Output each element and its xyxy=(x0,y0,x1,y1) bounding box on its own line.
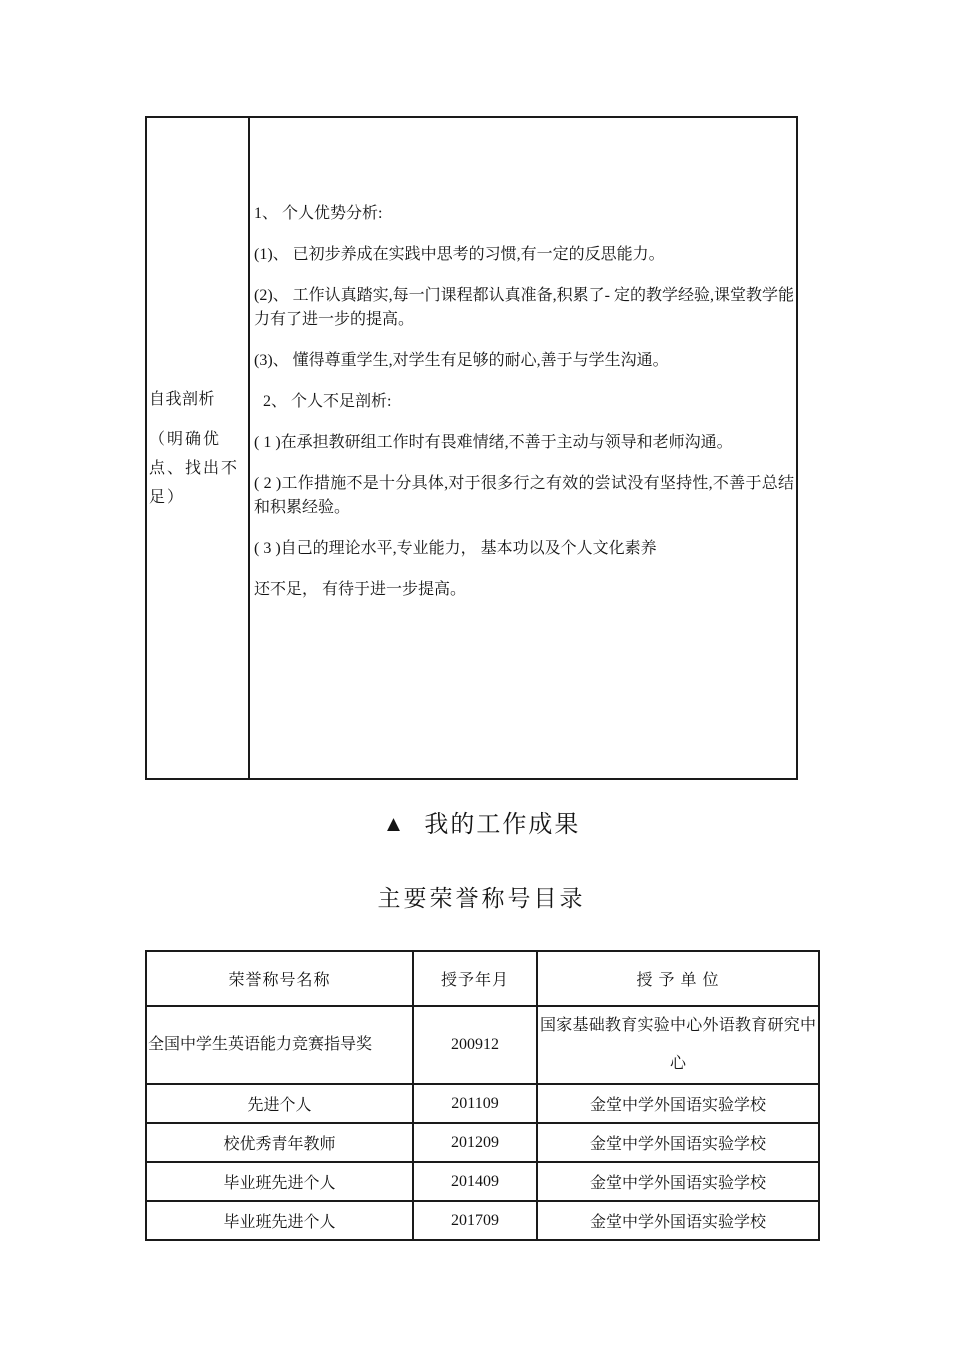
paragraph-weakness-3-cont: 还不足， 有待于进一步提高。 xyxy=(254,578,794,602)
paragraph-weakness-3: ( 3 )自己的理论水平,专业能力， 基本功以及个人文化素养 xyxy=(254,537,794,561)
triangle-icon: ▲ xyxy=(383,806,405,842)
honors-table: 荣誉称号名称 授予年月 授 予 单 位 全国中学生英语能力竞赛指导奖 20091… xyxy=(145,950,820,1241)
honors-header-row: 荣誉称号名称 授予年月 授 予 单 位 xyxy=(146,951,819,1006)
honor-name: 毕业班先进个人 xyxy=(146,1201,413,1240)
honors-subheading: 主要荣誉称号目录 xyxy=(145,882,818,916)
award-date: 201709 xyxy=(413,1201,537,1240)
self-analysis-label-cell: 自我剖析 （明确优 点、找出不 足） xyxy=(147,118,250,778)
self-analysis-content-cell: 1、 个人优势分析: (1)、 已初步养成在实践中思考的习惯,有一定的反思能力。… xyxy=(250,118,796,778)
award-unit: 金堂中学外国语实验学校 xyxy=(537,1162,819,1201)
award-date: 201209 xyxy=(413,1123,537,1162)
table-row: 毕业班先进个人 201409 金堂中学外国语实验学校 xyxy=(146,1162,819,1201)
self-analysis-table: 自我剖析 （明确优 点、找出不 足） 1、 个人优势分析: (1)、 已初步养成… xyxy=(145,116,798,780)
table-row: 先进个人 201109 金堂中学外国语实验学校 xyxy=(146,1084,819,1123)
table-row: 校优秀青年教师 201209 金堂中学外国语实验学校 xyxy=(146,1123,819,1162)
paragraph-weakness-2: ( 2 )工作措施不是十分具体,对于很多行之有效的尝试没有坚持性,不善于总结和积… xyxy=(254,472,794,520)
self-analysis-label-title: 自我剖析 xyxy=(149,385,247,414)
award-unit: 金堂中学外国语实验学校 xyxy=(537,1201,819,1240)
honor-name: 校优秀青年教师 xyxy=(146,1123,413,1162)
award-unit: 金堂中学外国语实验学校 xyxy=(537,1123,819,1162)
award-unit: 国家基础教育实验中心外语教育研究中心 xyxy=(537,1006,819,1084)
header-award-unit: 授 予 单 位 xyxy=(537,951,819,1006)
header-award-date: 授予年月 xyxy=(413,951,537,1006)
award-unit: 金堂中学外国语实验学校 xyxy=(537,1084,819,1123)
honor-name: 先进个人 xyxy=(146,1084,413,1123)
honor-name: 毕业班先进个人 xyxy=(146,1162,413,1201)
table-row: 毕业班先进个人 201709 金堂中学外国语实验学校 xyxy=(146,1201,819,1240)
self-analysis-label-note: （明确优 点、找出不 足） xyxy=(149,425,247,512)
paragraph-weakness-heading: 2、 个人不足剖析: xyxy=(254,390,794,414)
award-date: 201109 xyxy=(413,1084,537,1123)
paragraph-weakness-1: ( 1 )在承担教研组工作时有畏难情绪,不善于主动与领导和老师沟通。 xyxy=(254,431,794,455)
results-section-heading: ▲我的工作成果 xyxy=(145,806,818,843)
table-row: 全国中学生英语能力竞赛指导奖 200912 国家基础教育实验中心外语教育研究中心 xyxy=(146,1006,819,1084)
honor-name: 全国中学生英语能力竞赛指导奖 xyxy=(146,1006,413,1084)
document-page: 自我剖析 （明确优 点、找出不 足） 1、 个人优势分析: (1)、 已初步养成… xyxy=(0,0,960,1357)
paragraph-strength-heading: 1、 个人优势分析: xyxy=(254,202,794,226)
award-date: 200912 xyxy=(413,1006,537,1084)
header-honor-name: 荣誉称号名称 xyxy=(146,951,413,1006)
award-date: 201409 xyxy=(413,1162,537,1201)
results-section-title: 我的工作成果 xyxy=(424,812,580,838)
paragraph-strength-2: (2)、 工作认真踏实,每一门课程都认真准备,积累了- 定的教学经验,课堂教学能… xyxy=(254,284,794,332)
paragraph-strength-3: (3)、 懂得尊重学生,对学生有足够的耐心,善于与学生沟通。 xyxy=(254,349,794,373)
paragraph-strength-1: (1)、 已初步养成在实践中思考的习惯,有一定的反思能力。 xyxy=(254,243,794,267)
